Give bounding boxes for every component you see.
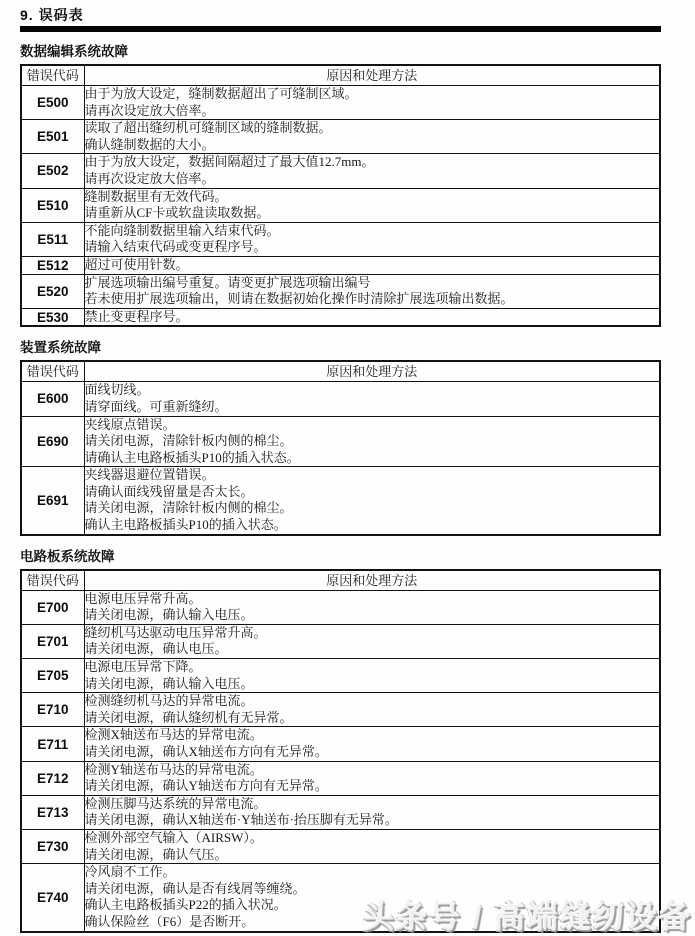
cause-line: 若未使用扩展选项输出，则请在数据初始化操作时清除扩展选项输出数据。 (85, 291, 660, 308)
error-code-cell: E711 (21, 727, 84, 761)
error-row: E511不能向缝制数据里输入结束代码。请输入结束代码或变更程序号。 (21, 222, 660, 256)
cause-line: 请关闭电源，确认X轴送布·Y轴送布·抬压脚有无异常。 (85, 812, 660, 829)
error-row: E520扩展选项输出编号重复。请变更扩展选项输出编号若未使用扩展选项输出，则请在… (21, 274, 660, 308)
error-row: E700电源电压异常升高。请关闭电源，确认输入电压。 (21, 590, 660, 624)
error-cause-cell: 夹线器退避位置错误。请确认面线残留量是否太长。请关闭电源，清除针板内侧的棉尘。确… (84, 467, 660, 535)
error-row: E711检测X轴送布马达的异常电流。请关闭电源，确认X轴送布方向有无异常。 (21, 727, 660, 761)
cause-line: 夹线原点错误。 (85, 417, 660, 434)
cause-line: 请关闭电源，确认X轴送布方向有无异常。 (85, 744, 660, 761)
error-code-cell: E600 (21, 382, 84, 416)
title-rule (20, 26, 661, 32)
error-cause-cell: 电源电压异常升高。请关闭电源，确认输入电压。 (84, 590, 660, 624)
error-cause-cell: 禁止变更程序号。 (84, 308, 660, 326)
cause-line: 不能向缝制数据里输入结束代码。 (85, 223, 660, 240)
table-header-row: 错误代码 原因和处理方法 (21, 361, 660, 382)
error-cause-cell: 超过可使用针数。 (84, 256, 660, 274)
error-row: E501读取了超出缝纫机可缝制区域的缝制数据。确认缝制数据的大小。 (21, 120, 660, 154)
error-code-cell: E730 (21, 829, 84, 863)
cause-line: 请关闭电源，确认输入电压。 (85, 607, 660, 624)
cause-line: 请关闭电源，确认输入电压。 (85, 676, 660, 693)
cause-line: 禁止变更程序号。 (85, 309, 660, 326)
cause-line: 请关闭电源，确认是否有线屑等缠绕。 (85, 881, 660, 898)
error-code-cell: E700 (21, 590, 84, 624)
error-row: E713检测压脚马达系统的异常电流。请关闭电源，确认X轴送布·Y轴送布·抬压脚有… (21, 795, 660, 829)
error-cause-cell: 由于为放大设定，缝制数据超出了可缝制区域。请再次设定放大倍率。 (84, 86, 660, 120)
cause-line: 检测压脚马达系统的异常电流。 (85, 796, 660, 813)
error-row: E690夹线原点错误。请关闭电源，清除针板内侧的棉尘。请确认主电路板插头P10的… (21, 416, 660, 467)
error-code-cell: E705 (21, 659, 84, 693)
cause-line: 电源电压异常升高。 (85, 591, 660, 608)
cause-line: 由于为放大设定，数据间隔超过了最大值12.7mm。 (85, 154, 660, 171)
cause-line: 检测外部空气输入（AIRSW）。 (85, 830, 660, 847)
error-row: E730检测外部空气输入（AIRSW）。请关闭电源，确认气压。 (21, 829, 660, 863)
error-code-cell: E500 (21, 86, 84, 120)
cause-line: 请关闭电源，确认电压。 (85, 641, 660, 658)
cause-line: 请确认面线残留量是否太长。 (85, 484, 660, 501)
header-error-code: 错误代码 (21, 65, 84, 86)
error-code-cell: E690 (21, 416, 84, 467)
cause-line: 请重新从CF卡或软盘读取数据。 (85, 205, 660, 222)
cause-line: 检测Y轴送布马达的异常电流。 (85, 762, 660, 779)
cause-line: 请确认主电路板插头P10的插入状态。 (85, 450, 660, 467)
cause-line: 读取了超出缝纫机可缝制区域的缝制数据。 (85, 120, 660, 137)
header-cause: 原因和处理方法 (84, 361, 660, 382)
error-table-circuit-board: 错误代码 原因和处理方法 E700电源电压异常升高。请关闭电源，确认输入电压。E… (20, 569, 661, 933)
error-cause-cell: 扩展选项输出编号重复。请变更扩展选项输出编号若未使用扩展选项输出，则请在数据初始… (84, 274, 660, 308)
error-cause-cell: 检测Y轴送布马达的异常电流。请关闭电源，确认Y轴送布方向有无异常。 (84, 761, 660, 795)
error-row: E500由于为放大设定，缝制数据超出了可缝制区域。请再次设定放大倍率。 (21, 86, 660, 120)
error-row: E502由于为放大设定，数据间隔超过了最大值12.7mm。请再次设定放大倍率。 (21, 154, 660, 188)
header-error-code: 错误代码 (21, 361, 84, 382)
error-code-cell: E530 (21, 308, 84, 326)
header-cause: 原因和处理方法 (84, 570, 660, 591)
cause-line: 冷风扇不工作。 (85, 864, 660, 881)
cause-line: 电源电压异常下降。 (85, 659, 660, 676)
cause-line: 请关闭电源，确认气压。 (85, 847, 660, 864)
cause-line: 夹线器退避位置错误。 (85, 467, 660, 484)
page-content: 9. 误码表 数据编辑系统故障 错误代码 原因和处理方法 E500由于为放大设定… (20, 0, 661, 933)
cause-line: 请穿面线。可重新缝纫。 (85, 399, 660, 416)
cause-line: 请再次设定放大倍率。 (85, 171, 660, 188)
error-cause-cell: 不能向缝制数据里输入结束代码。请输入结束代码或变更程序号。 (84, 222, 660, 256)
error-table-data-edit: 错误代码 原因和处理方法 E500由于为放大设定，缝制数据超出了可缝制区域。请再… (20, 64, 661, 327)
error-cause-cell: 检测X轴送布马达的异常电流。请关闭电源，确认X轴送布方向有无异常。 (84, 727, 660, 761)
cause-line: 检测X轴送布马达的异常电流。 (85, 727, 660, 744)
error-code-cell: E713 (21, 795, 84, 829)
error-row: E705电源电压异常下降。请关闭电源，确认输入电压。 (21, 659, 660, 693)
error-cause-cell: 夹线原点错误。请关闭电源，清除针板内侧的棉尘。请确认主电路板插头P10的插入状态… (84, 416, 660, 467)
error-row: E530禁止变更程序号。 (21, 308, 660, 326)
error-code-cell: E512 (21, 256, 84, 274)
error-row: E512超过可使用针数。 (21, 256, 660, 274)
cause-line: 确认缝制数据的大小。 (85, 137, 660, 154)
error-cause-cell: 由于为放大设定，数据间隔超过了最大值12.7mm。请再次设定放大倍率。 (84, 154, 660, 188)
cause-line: 请关闭电源，确认缝纫机有无异常。 (85, 710, 660, 727)
error-cause-cell: 读取了超出缝纫机可缝制区域的缝制数据。确认缝制数据的大小。 (84, 120, 660, 154)
error-row: E701缝纫机马达驱动电压异常升高。请关闭电源，确认电压。 (21, 624, 660, 658)
error-cause-cell: 缝制数据里有无效代码。请重新从CF卡或软盘读取数据。 (84, 188, 660, 222)
error-code-cell: E501 (21, 120, 84, 154)
cause-line: 请关闭电源，清除针板内侧的棉尘。 (85, 500, 660, 517)
error-row: E600面线切线。请穿面线。可重新缝纫。 (21, 382, 660, 416)
error-cause-cell: 检测缝纫机马达的异常电流。请关闭电源，确认缝纫机有无异常。 (84, 693, 660, 727)
cause-line: 超过可使用针数。 (85, 257, 660, 274)
error-code-cell: E511 (21, 222, 84, 256)
page-title: 9. 误码表 (20, 0, 661, 24)
cause-line: 缝制数据里有无效代码。 (85, 189, 660, 206)
manual-page: 9. 误码表 数据编辑系统故障 错误代码 原因和处理方法 E500由于为放大设定… (0, 0, 695, 936)
error-code-cell: E502 (21, 154, 84, 188)
error-cause-cell: 电源电压异常下降。请关闭电源，确认输入电压。 (84, 659, 660, 693)
table-header-row: 错误代码 原因和处理方法 (21, 570, 660, 591)
cause-line: 面线切线。 (85, 382, 660, 399)
error-row: E712检测Y轴送布马达的异常电流。请关闭电源，确认Y轴送布方向有无异常。 (21, 761, 660, 795)
cause-line: 检测缝纫机马达的异常电流。 (85, 693, 660, 710)
error-code-cell: E740 (21, 864, 84, 932)
cause-line: 请关闭电源，确认Y轴送布方向有无异常。 (85, 778, 660, 795)
error-row: E691夹线器退避位置错误。请确认面线残留量是否太长。请关闭电源，清除针板内侧的… (21, 467, 660, 535)
error-code-cell: E701 (21, 624, 84, 658)
section-title-device: 装置系统故障 (20, 340, 661, 355)
section-title-circuit-board: 电路板系统故障 (20, 549, 661, 564)
cause-line: 由于为放大设定，缝制数据超出了可缝制区域。 (85, 86, 660, 103)
error-code-cell: E712 (21, 761, 84, 795)
table-header-row: 错误代码 原因和处理方法 (21, 65, 660, 86)
cause-line: 请输入结束代码或变更程序号。 (85, 239, 660, 256)
error-code-cell: E710 (21, 693, 84, 727)
cause-line: 请再次设定放大倍率。 (85, 103, 660, 120)
header-cause: 原因和处理方法 (84, 65, 660, 86)
error-row: E510缝制数据里有无效代码。请重新从CF卡或软盘读取数据。 (21, 188, 660, 222)
watermark-text: 头条号 / 高端缝纫设备 (363, 901, 692, 935)
error-code-cell: E520 (21, 274, 84, 308)
cause-line: 确认主电路板插头P10的插入状态。 (85, 517, 660, 534)
cause-line: 扩展选项输出编号重复。请变更扩展选项输出编号 (85, 275, 660, 292)
cause-line: 请关闭电源，清除针板内侧的棉尘。 (85, 433, 660, 450)
error-cause-cell: 面线切线。请穿面线。可重新缝纫。 (84, 382, 660, 416)
section-title-data-edit: 数据编辑系统故障 (20, 44, 661, 59)
error-table-device: 错误代码 原因和处理方法 E600面线切线。请穿面线。可重新缝纫。E690夹线原… (20, 360, 661, 535)
error-code-cell: E691 (21, 467, 84, 535)
error-cause-cell: 检测外部空气输入（AIRSW）。请关闭电源，确认气压。 (84, 829, 660, 863)
error-row: E710检测缝纫机马达的异常电流。请关闭电源，确认缝纫机有无异常。 (21, 693, 660, 727)
error-code-cell: E510 (21, 188, 84, 222)
error-cause-cell: 缝纫机马达驱动电压异常升高。请关闭电源，确认电压。 (84, 624, 660, 658)
cause-line: 缝纫机马达驱动电压异常升高。 (85, 625, 660, 642)
error-cause-cell: 检测压脚马达系统的异常电流。请关闭电源，确认X轴送布·Y轴送布·抬压脚有无异常。 (84, 795, 660, 829)
header-error-code: 错误代码 (21, 570, 84, 591)
